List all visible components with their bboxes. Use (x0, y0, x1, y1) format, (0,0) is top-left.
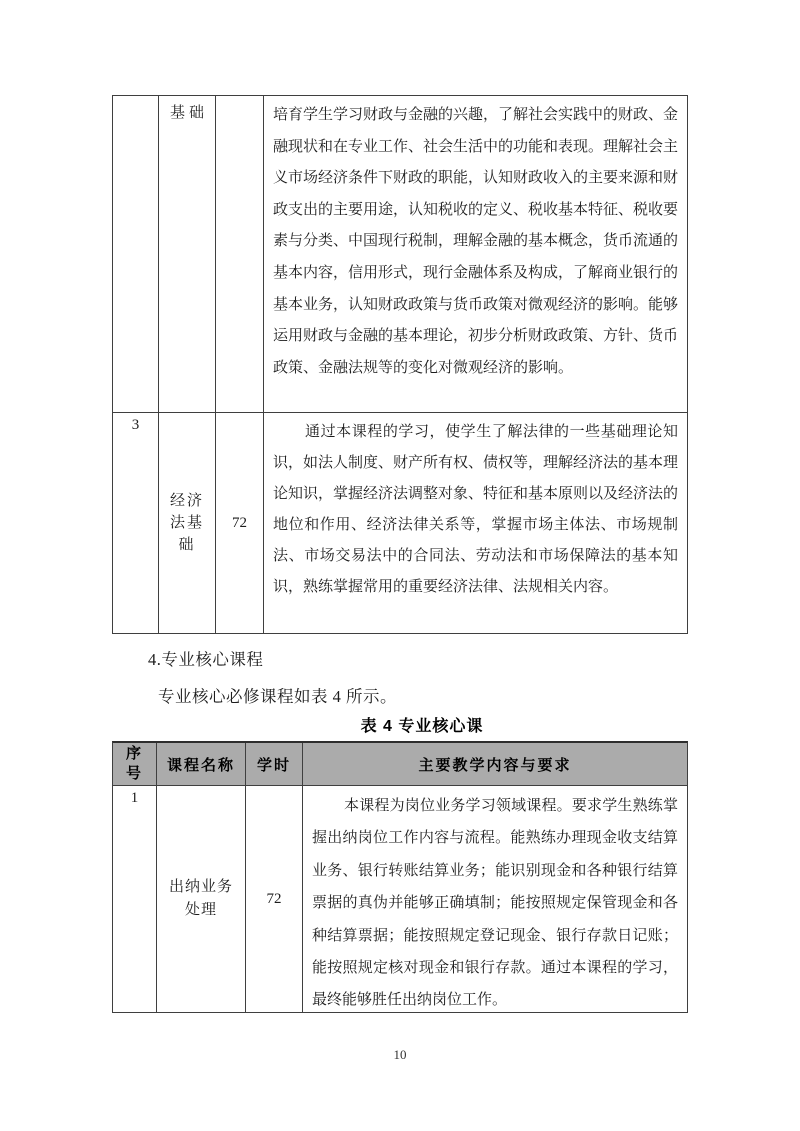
course-name-text: 经济法基础 (167, 490, 207, 556)
page-number: 10 (0, 1047, 800, 1063)
header-content-requirements: 主要教学内容与要求 (303, 743, 687, 786)
cell-seq (113, 96, 159, 413)
cell-course-description: 本课程为岗位业务学习领域课程。要求学生熟练掌握出纳岗位工作内容与流程。能熟练办理… (303, 786, 687, 1012)
cell-hours: 72 (246, 786, 303, 1012)
header-hours: 学时 (246, 743, 303, 786)
cell-seq: 1 (113, 786, 157, 1012)
header-seq: 序号 (113, 743, 157, 786)
table-basic-courses-continuation: 基础 培育学生学习财政与金融的兴趣，了解社会实践中的财政、金融现状和在专业工作、… (112, 95, 688, 634)
table-core-courses: 序号 课程名称 学时 主要教学内容与要求 1 出纳业务处理 72 本课程为岗位业… (112, 741, 688, 1013)
header-course-name: 课程名称 (157, 743, 246, 786)
cell-course-name: 基础 (159, 96, 216, 413)
cell-course-name: 经济法基础 (159, 413, 216, 633)
course-name-text: 出纳业务处理 (167, 876, 235, 922)
header-seq-text: 序号 (126, 744, 144, 784)
cell-seq: 3 (113, 413, 159, 633)
table4-caption: 表 4 专业核心课 (44, 713, 800, 736)
cell-course-description: 通过本课程的学习，使学生了解法律的一些基础理论知识，如法人制度、财产所有权、债权… (264, 413, 687, 633)
cell-hours: 72 (216, 413, 264, 633)
cell-course-description: 培育学生学习财政与金融的兴趣，了解社会实践中的财政、金融现状和在专业工作、社会生… (264, 96, 687, 413)
document-page: 基础 培育学生学习财政与金融的兴趣，了解社会实践中的财政、金融现状和在专业工作、… (0, 0, 800, 1131)
section-intro-text: 专业核心必修课程如表 4 所示。 (158, 683, 397, 707)
cell-hours (216, 96, 264, 413)
cell-course-name: 出纳业务处理 (157, 786, 246, 1012)
section-heading: 4.专业核心课程 (148, 646, 263, 670)
